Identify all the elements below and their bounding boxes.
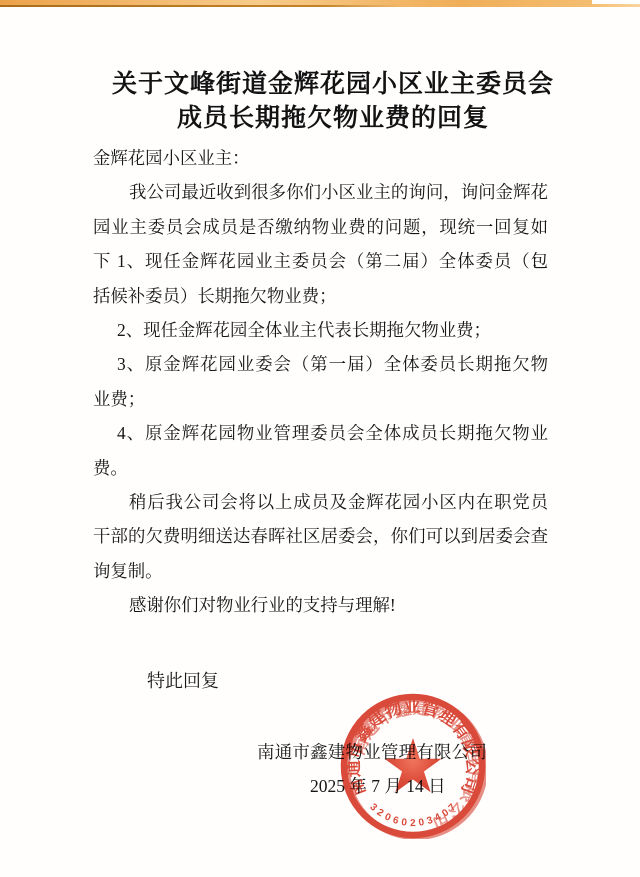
body-line: 括候补委员）长期拖欠物业费； — [93, 279, 548, 313]
body-line: 业费； — [93, 382, 548, 416]
body-line: 园业主委员会成员是否缴纳物业费的问题，现统一回复如下： — [93, 210, 548, 244]
desk-edge — [0, 0, 640, 7]
body-line: 询复制。 — [93, 554, 548, 588]
paper-corner-notch — [592, 0, 640, 4]
document-title: 关于文峰街道金辉花园小区业主委员会 成员长期拖欠物业费的回复 — [0, 68, 640, 136]
body-line: 4、原金辉花园物业管理委员会全体成员长期拖欠物业 — [93, 416, 548, 450]
document-body: 金辉花园小区业主：我公司最近收到很多你们小区业主的询问，询问金辉花园业主委员会成… — [93, 141, 548, 622]
desk-edge-shadow — [0, 5, 403, 7]
body-line: 费。 — [93, 451, 548, 485]
company-seal: 南通市鑫建物业管理有限公司 南通市鑫建物业管理有限公司 320602034074… — [340, 693, 486, 839]
closing-line: 特此回复 — [147, 664, 219, 698]
seal-primary-impression: 南通市鑫建物业管理有限公司 3206020340749 — [340, 693, 482, 835]
title-line-1: 关于文峰街道金辉花园小区业主委员会 — [26, 68, 640, 102]
title-line-2: 成员长期拖欠物业费的回复 — [26, 102, 640, 136]
seal-star-icon — [384, 738, 441, 792]
body-line: 稍后我公司会将以上成员及金辉花园小区内在职党员 — [93, 485, 548, 519]
body-line: 感谢你们对物业行业的支持与理解! — [93, 588, 548, 622]
body-line: 我公司最近收到很多你们小区业主的询问，询问金辉花 — [93, 175, 548, 209]
document-page: 关于文峰街道金辉花园小区业主委员会 成员长期拖欠物业费的回复 金辉花园小区业主：… — [0, 0, 640, 877]
body-line: 2、现任金辉花园全体业主代表长期拖欠物业费； — [93, 313, 548, 347]
body-line: 干部的欠费明细送达春晖社区居委会，你们可以到居委会查 — [93, 519, 548, 553]
body-line: 金辉花园小区业主： — [93, 141, 548, 175]
body-line: 3、原金辉花园业委会（第一届）全体委员长期拖欠物 — [93, 347, 548, 381]
body-line: 1、现任金辉花园业主委员会（第二届）全体委员（包 — [93, 244, 548, 278]
